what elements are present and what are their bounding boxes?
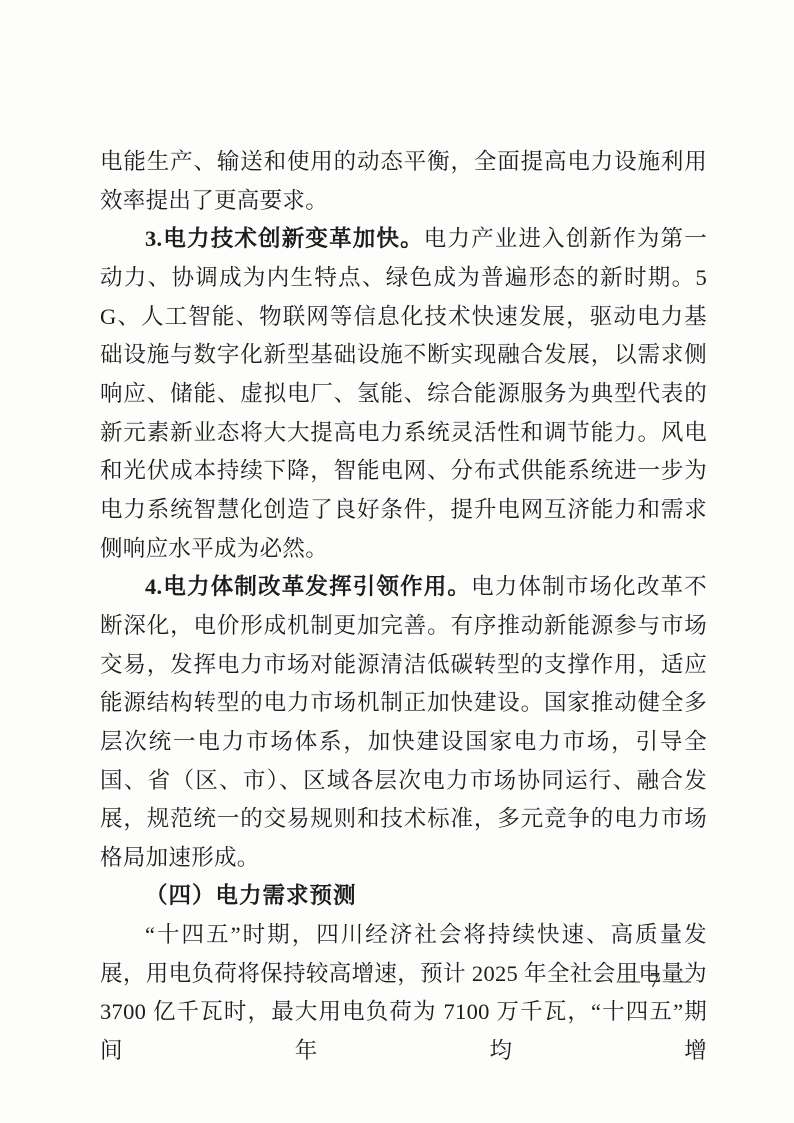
section-heading-text: （四）电力需求预测 — [145, 883, 357, 908]
document-body: 电能生产、输送和使用的动态平衡，全面提高电力设施利用效率提出了更高要求。 3.电… — [100, 143, 707, 1071]
page-number: — 7 — — [619, 967, 694, 993]
paragraph-lead-bold: 3.电力技术创新变革加快。 — [145, 226, 424, 251]
paragraph-text: 电能生产、输送和使用的动态平衡，全面提高电力设施利用效率提出了更高要求。 — [100, 149, 707, 213]
section-heading: （四）电力需求预测 — [100, 877, 707, 916]
paragraph-item-3: 3.电力技术创新变革加快。电力产业进入创新作为第一动力、协调成为内生特点、绿色成… — [100, 220, 707, 568]
paragraph-text: 电力产业进入创新作为第一动力、协调成为内生特点、绿色成为普遍形态的新时期。5G、… — [100, 226, 707, 560]
paragraph-continuation: 电能生产、输送和使用的动态平衡，全面提高电力设施利用效率提出了更高要求。 — [100, 143, 707, 220]
paragraph-text: 电力体制市场化改革不断深化，电价形成机制更加完善。有序推动新能源参与市场交易，发… — [100, 574, 707, 870]
paragraph-item-4: 4.电力体制改革发挥引领作用。电力体制市场化改革不断深化，电价形成机制更加完善。… — [100, 568, 707, 877]
paragraph-lead-bold: 4.电力体制改革发挥引领作用。 — [145, 574, 471, 599]
document-page: 电能生产、输送和使用的动态平衡，全面提高电力设施利用效率提出了更高要求。 3.电… — [0, 0, 794, 1123]
paragraph-text: “十四五”时期，四川经济社会将持续快速、高质量发展，用电负荷将保持较高增速，预计… — [100, 922, 707, 1063]
paragraph-forecast: “十四五”时期，四川经济社会将持续快速、高质量发展，用电负荷将保持较高增速，预计… — [100, 916, 707, 1071]
